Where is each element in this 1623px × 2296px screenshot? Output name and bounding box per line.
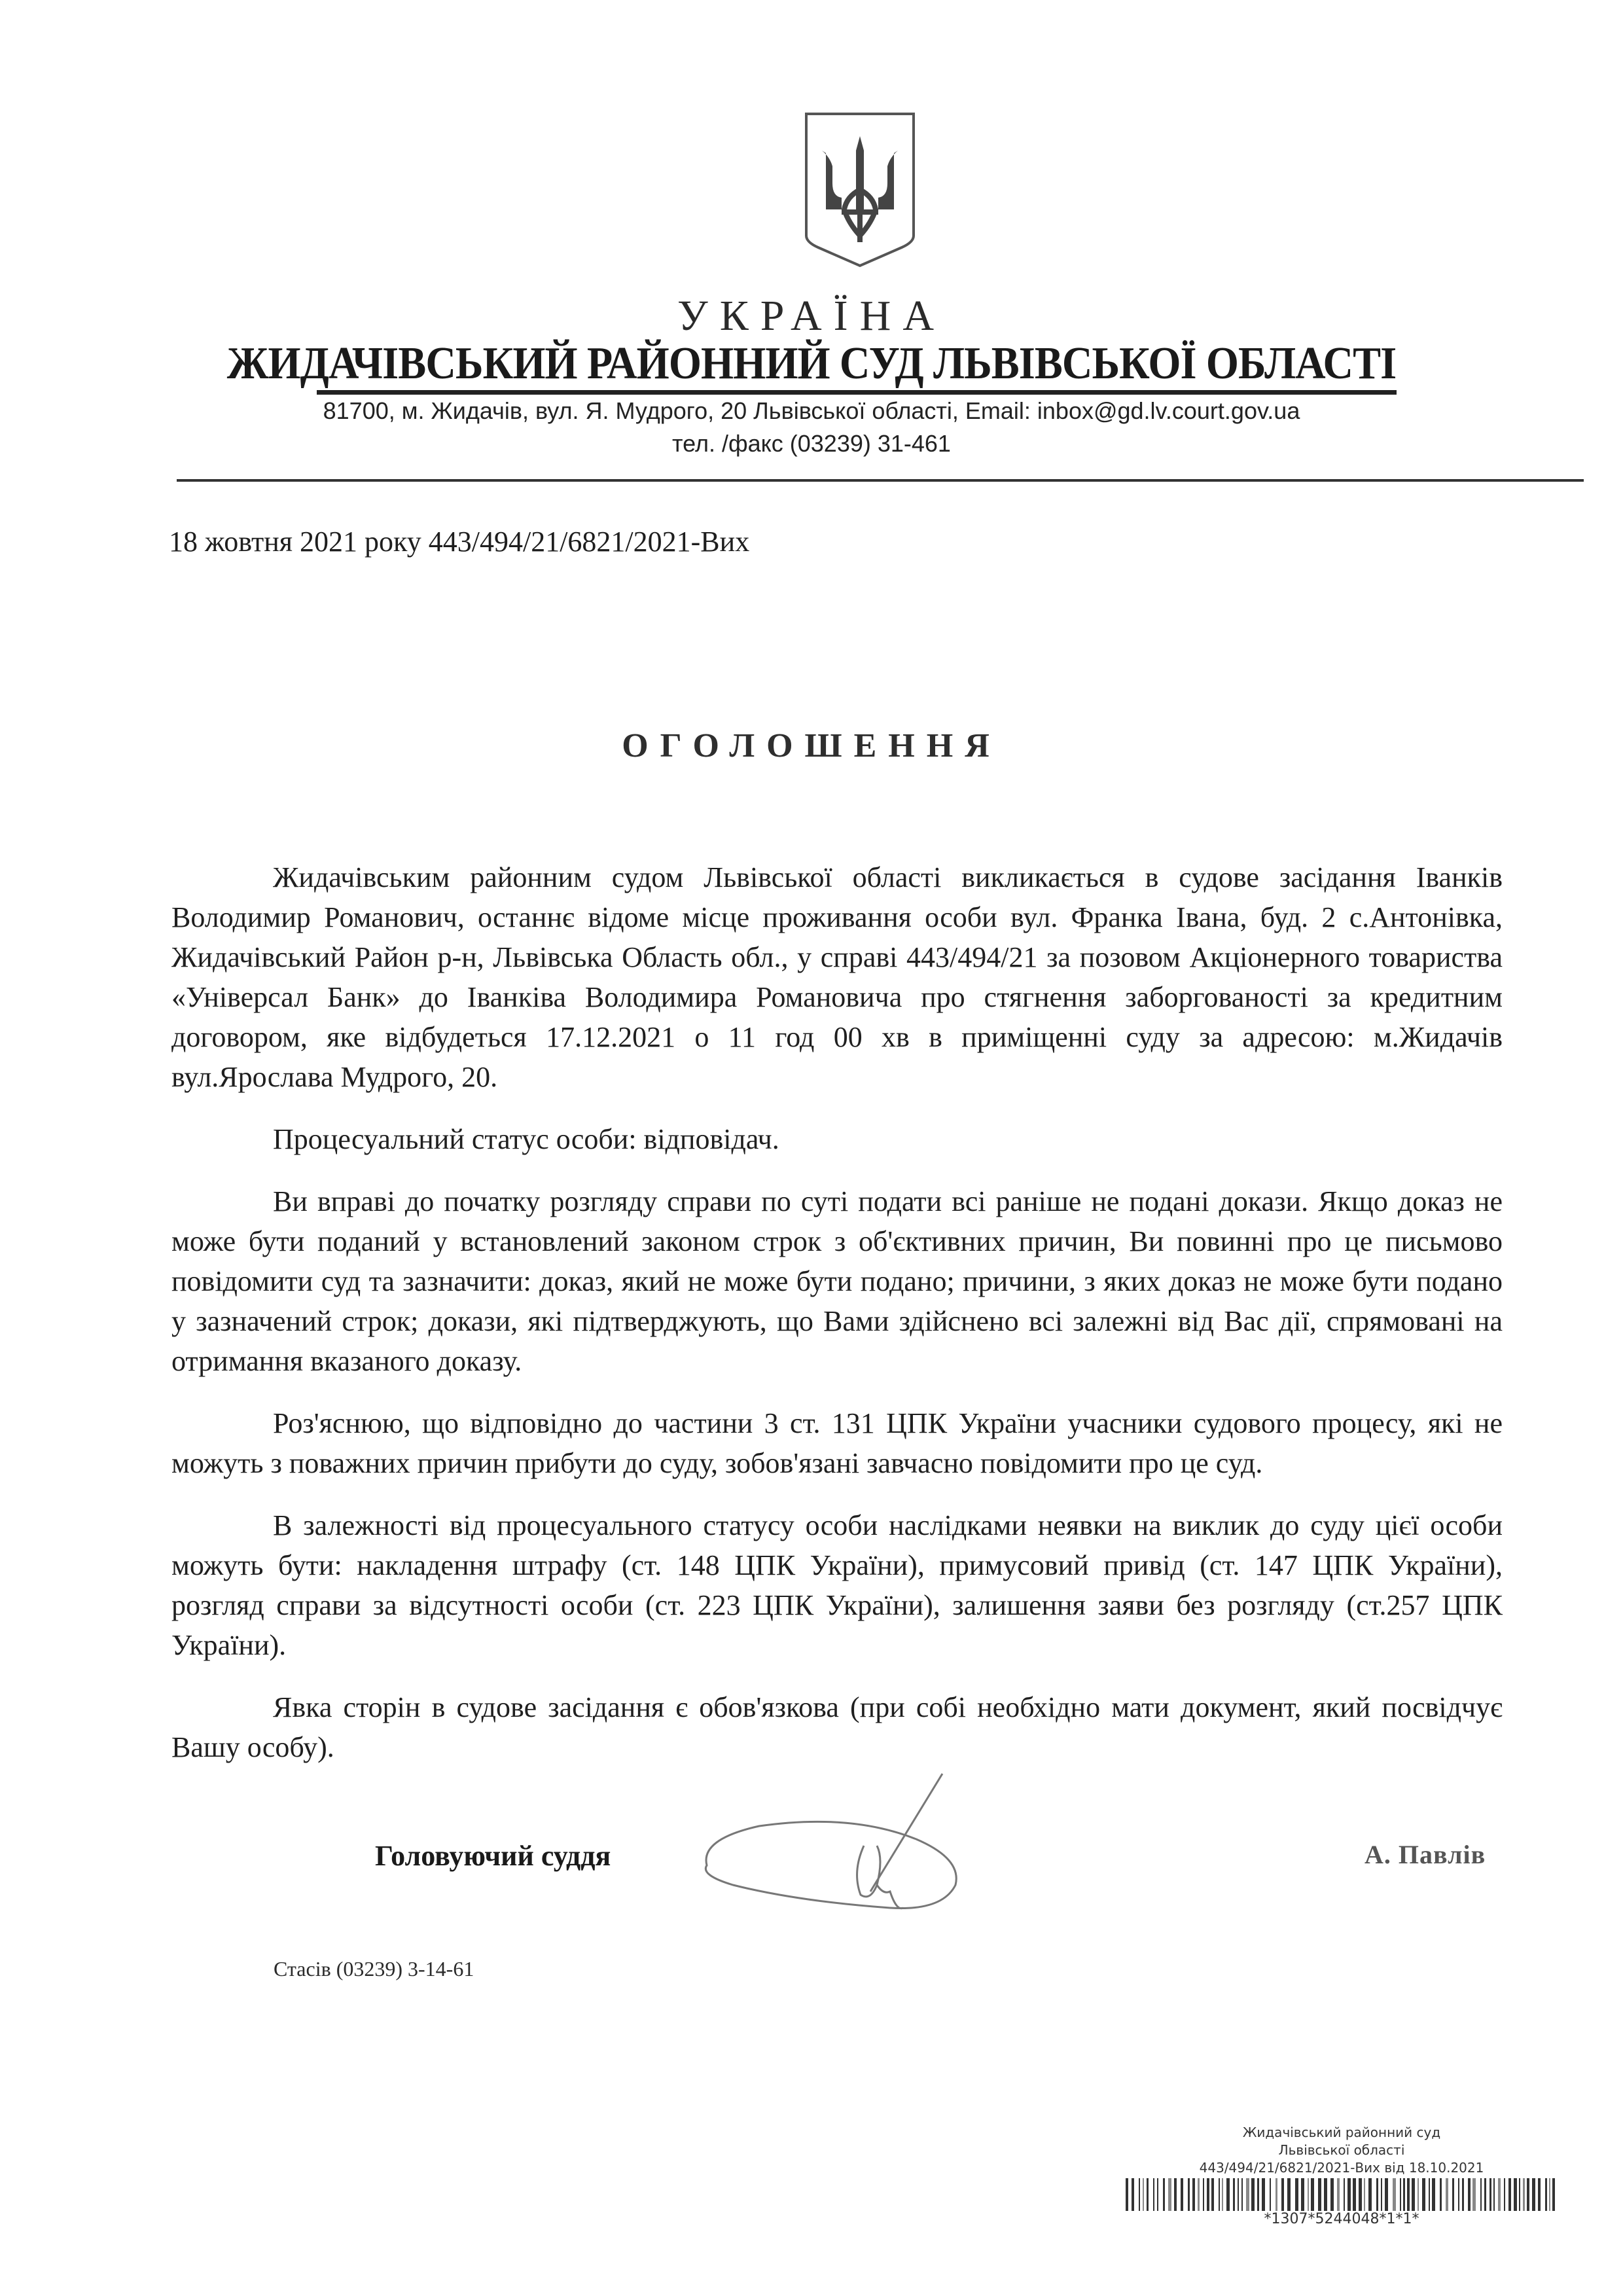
barcode-icon [1126, 2178, 1558, 2211]
paragraph-attendance: Явка сторін в судове засідання є обов'яз… [171, 1687, 1503, 1767]
judge-name: А. Павлів [1364, 1839, 1486, 1870]
barcode-number: *1307*5244048*1*1* [1126, 2211, 1558, 2228]
signature-block: Головуючий суддя А. Павлів [0, 1826, 1623, 1931]
header-divider [177, 479, 1584, 482]
document-title: ОГОЛОШЕННЯ [0, 726, 1623, 765]
court-phone: тел. /факс (03239) 31-461 [0, 428, 1623, 459]
handwritten-signature-icon [681, 1761, 1047, 1918]
paragraph-notification-duty: Роз'яснюю, що відповідно до частини 3 ст… [171, 1403, 1503, 1483]
court-name-underline [317, 390, 1397, 395]
court-address: 81700, м. Жидачів, вул. Я. Мудрого, 20 Л… [0, 395, 1623, 427]
stamp-reference: 443/494/21/6821/2021-Вих від 18.10.2021 [1126, 2159, 1558, 2177]
signature-title: Головуючий суддя [375, 1839, 611, 1873]
document-page: УКРАЇНА ЖИДАЧІВСЬКИЙ РАЙОННИЙ СУД ЛЬВІВС… [0, 0, 1623, 2296]
registration-stamp: Жидачівський районний суд Львівської обл… [1126, 2124, 1558, 2228]
paragraph-summons: Жидачівським районним судом Львівської о… [171, 857, 1503, 1097]
stamp-court-line1: Жидачівський районний суд [1126, 2124, 1558, 2142]
ukraine-trident-coat-of-arms-icon [804, 111, 916, 268]
court-name: ЖИДАЧІВСЬКИЙ РАЙОННИЙ СУД ЛЬВІВСЬКОЇ ОБЛ… [65, 336, 1558, 391]
paragraph-procedural-status: Процесуальний статус особи: відповідач. [171, 1119, 1503, 1159]
executor-contact: Стасів (03239) 3-14-61 [274, 1957, 474, 1981]
paragraph-consequences: В залежності від процесуального статусу … [171, 1505, 1503, 1665]
country-name: УКРАЇНА [0, 290, 1623, 342]
stamp-court-line2: Львівської області [1126, 2142, 1558, 2159]
paragraph-evidence: Ви вправі до початку розгляду справи по … [171, 1181, 1503, 1381]
document-body: Жидачівським районним судом Львівської о… [171, 857, 1503, 1789]
document-date-reference: 18 жовтня 2021 року 443/494/21/6821/2021… [169, 524, 749, 560]
